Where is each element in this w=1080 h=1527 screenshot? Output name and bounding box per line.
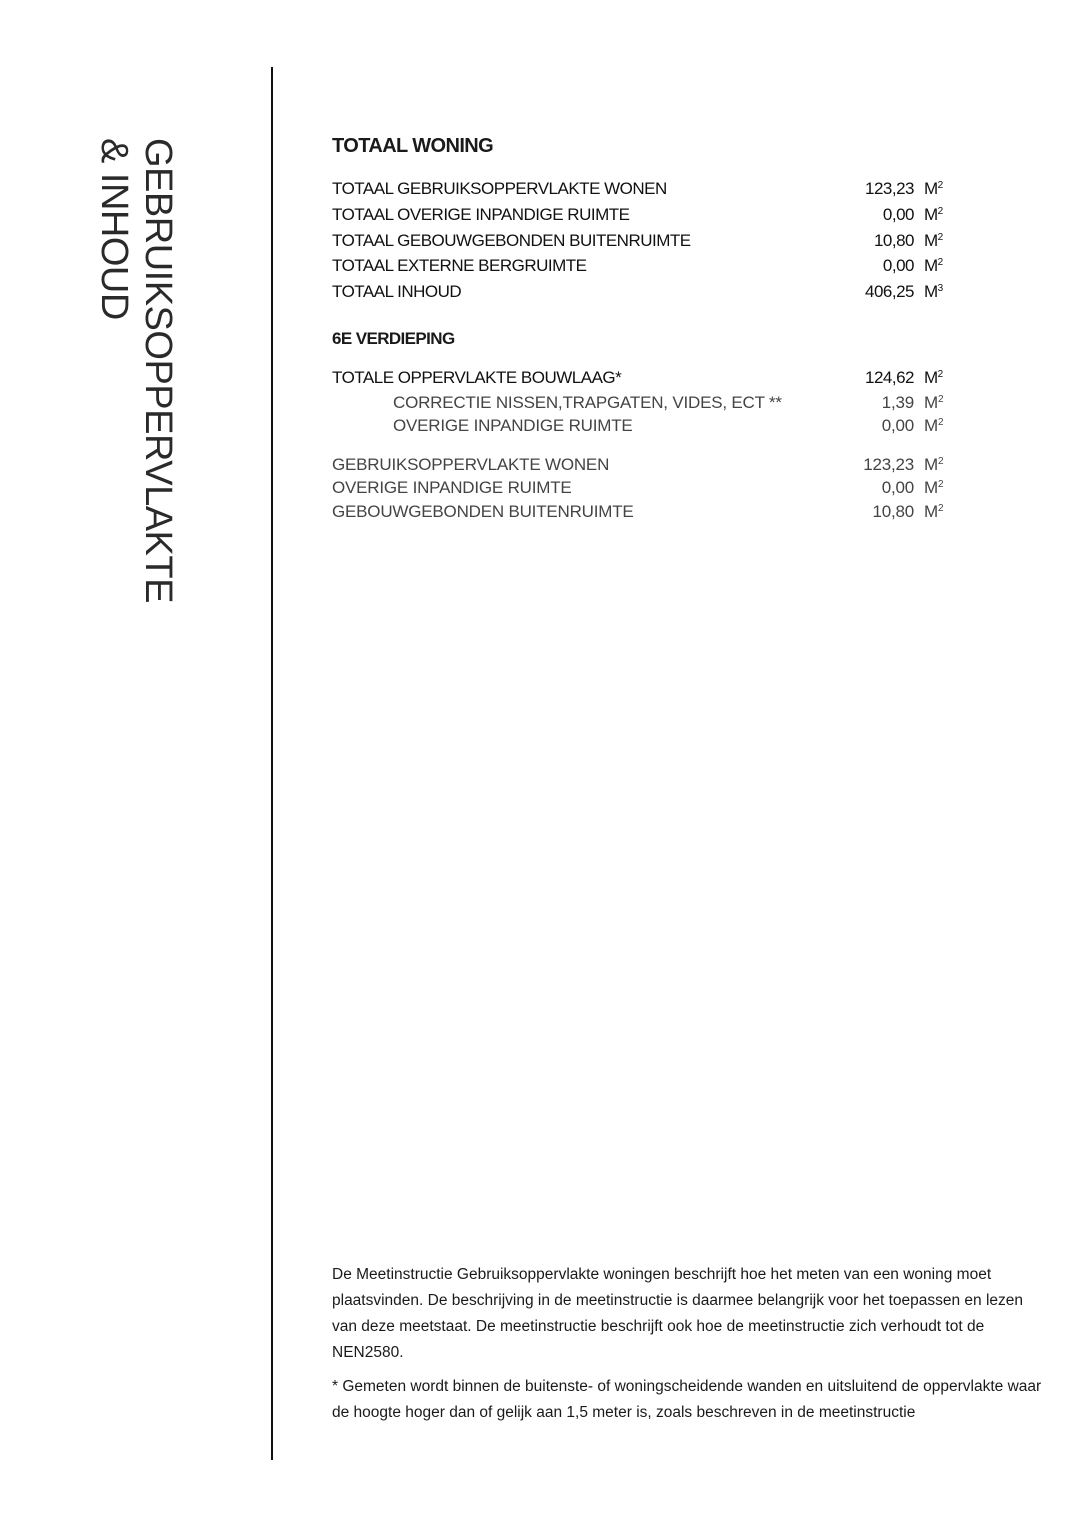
- row-label: TOTAAL GEBOUWGEBONDEN BUITENRUIMTE: [332, 228, 804, 254]
- side-title: GEBRUIKSOPPERVLAKTE & INHOUD: [96, 138, 176, 678]
- table-row: GEBOUWGEBONDEN BUITENRUIMTE 10,80 M2: [332, 500, 952, 524]
- row-value: 0,00: [804, 202, 914, 228]
- row-unit: M2: [914, 391, 952, 415]
- correction-row: CORRECTIE NISSEN,TRAPGATEN, VIDES, ECT *…: [332, 391, 952, 415]
- table-row: OVERIGE INPANDIGE RUIMTE 0,00 M2: [332, 476, 952, 500]
- row-label: GEBRUIKSOPPERVLAKTE WONEN: [332, 453, 804, 477]
- row-value: 1,39: [804, 391, 914, 415]
- table-row: TOTAAL EXTERNE BERGRUIMTE 0,00 M2: [332, 253, 952, 279]
- note-gemeten: * Gemeten wordt binnen de buitenste- of …: [332, 1374, 1042, 1426]
- row-unit: M2: [914, 453, 952, 477]
- table-row: TOTAAL GEBOUWGEBONDEN BUITENRUIMTE 10,80…: [332, 228, 952, 254]
- row-unit: M2: [914, 476, 952, 500]
- note-meetinstructie: De Meetinstructie Gebruiksoppervlakte wo…: [332, 1262, 1042, 1366]
- table-row: TOTAAL OVERIGE INPANDIGE RUIMTE 0,00 M2: [332, 202, 952, 228]
- side-title-text: GEBRUIKSOPPERVLAKTE & INHOUD: [92, 138, 180, 603]
- row-value: 10,80: [804, 500, 914, 524]
- bouwlaag-row: TOTALE OPPERVLAKTE BOUWLAAG* 124,62 M2: [332, 365, 952, 391]
- row-value: 0,00: [804, 414, 914, 438]
- row-unit: M2: [914, 202, 952, 228]
- row-label: OVERIGE INPANDIGE RUIMTE: [332, 476, 804, 500]
- correction-row: OVERIGE INPANDIGE RUIMTE 0,00 M2: [332, 414, 952, 438]
- row-label: TOTAAL EXTERNE BERGRUIMTE: [332, 253, 804, 279]
- row-value: 10,80: [804, 228, 914, 254]
- table-row: TOTAAL INHOUD 406,25 M3: [332, 279, 952, 305]
- floor-title: 6E VERDIEPING: [332, 327, 952, 351]
- footnotes: De Meetinstructie Gebruiksoppervlakte wo…: [332, 1262, 1042, 1434]
- row-label: TOTALE OPPERVLAKTE BOUWLAAG*: [332, 365, 804, 391]
- row-unit: M2: [914, 500, 952, 524]
- floor-table: TOTALE OPPERVLAKTE BOUWLAAG* 124,62 M2 C…: [332, 365, 952, 438]
- row-value: 123,23: [804, 453, 914, 477]
- vertical-divider: [271, 67, 273, 1460]
- row-label: TOTAAL OVERIGE INPANDIGE RUIMTE: [332, 202, 804, 228]
- row-label: GEBOUWGEBONDEN BUITENRUIMTE: [332, 500, 804, 524]
- row-value: 0,00: [804, 476, 914, 500]
- row-label: OVERIGE INPANDIGE RUIMTE: [332, 414, 804, 438]
- side-title-line1: GEBRUIKSOPPERVLAKTE: [136, 138, 180, 603]
- row-value: 124,62: [804, 365, 914, 391]
- table-row: GEBRUIKSOPPERVLAKTE WONEN 123,23 M2: [332, 453, 952, 477]
- row-unit: M2: [914, 414, 952, 438]
- row-label: TOTAAL GEBRUIKSOPPERVLAKTE WONEN: [332, 176, 804, 202]
- row-value: 123,23: [804, 176, 914, 202]
- row-value: 406,25: [804, 279, 914, 305]
- side-title-line2: & INHOUD: [92, 138, 136, 603]
- row-unit: M2: [914, 365, 952, 391]
- row-value: 0,00: [804, 253, 914, 279]
- row-unit: M2: [914, 253, 952, 279]
- table-row: TOTAAL GEBRUIKSOPPERVLAKTE WONEN 123,23 …: [332, 176, 952, 202]
- used-area-table: GEBRUIKSOPPERVLAKTE WONEN 123,23 M2 OVER…: [332, 453, 952, 524]
- row-label: TOTAAL INHOUD: [332, 279, 804, 305]
- measurement-content: TOTAAL WONING TOTAAL GEBRUIKSOPPERVLAKTE…: [332, 133, 952, 523]
- totaal-woning-title: TOTAAL WONING: [332, 133, 952, 159]
- row-unit: M2: [914, 228, 952, 254]
- row-label: CORRECTIE NISSEN,TRAPGATEN, VIDES, ECT *…: [332, 391, 804, 415]
- row-unit: M2: [914, 176, 952, 202]
- row-unit: M3: [914, 279, 952, 305]
- totaal-woning-table: TOTAAL GEBRUIKSOPPERVLAKTE WONEN 123,23 …: [332, 176, 952, 305]
